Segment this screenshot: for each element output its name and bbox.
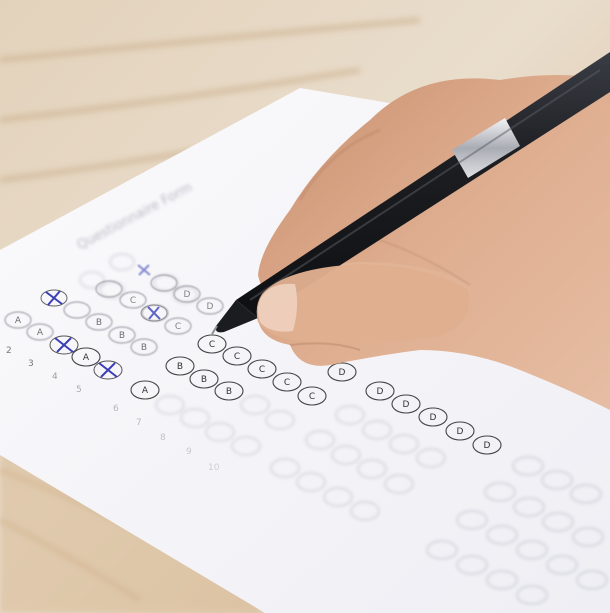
svg-text:B: B [177,362,183,372]
svg-text:B: B [141,343,147,353]
svg-text:2: 2 [6,346,12,356]
svg-text:6: 6 [113,404,119,414]
svg-text:B: B [226,387,232,397]
svg-text:C: C [309,392,315,402]
svg-text:5: 5 [76,385,82,395]
svg-text:D: D [184,290,191,300]
svg-text:B: B [201,375,207,385]
svg-text:D: D [207,302,214,312]
svg-text:C: C [130,296,136,306]
svg-text:10: 10 [208,463,220,473]
svg-text:A: A [15,316,22,326]
svg-text:D: D [339,368,346,378]
svg-text:C: C [234,352,240,362]
svg-text:8: 8 [160,433,166,443]
svg-text:9: 9 [186,447,192,457]
svg-text:3: 3 [28,359,34,369]
svg-text:D: D [484,441,491,451]
svg-text:7: 7 [136,418,142,428]
svg-text:A: A [142,386,149,396]
svg-text:C: C [175,322,181,332]
svg-text:4: 4 [52,372,58,382]
svg-text:A: A [83,353,90,363]
svg-text:B: B [119,331,125,341]
svg-text:D: D [457,427,464,437]
svg-text:C: C [284,378,290,388]
svg-text:D: D [377,387,384,397]
photo-scene: Close-up photo of a hand holding a black… [0,0,610,613]
svg-text:C: C [209,340,215,350]
photo-illustration: Questionnaire Form 2 3 4 5 6 7 8 9 10 [0,0,610,613]
svg-text:B: B [96,318,102,328]
svg-text:D: D [403,400,410,410]
svg-text:A: A [37,328,44,338]
svg-text:D: D [430,413,437,423]
svg-text:C: C [259,365,265,375]
